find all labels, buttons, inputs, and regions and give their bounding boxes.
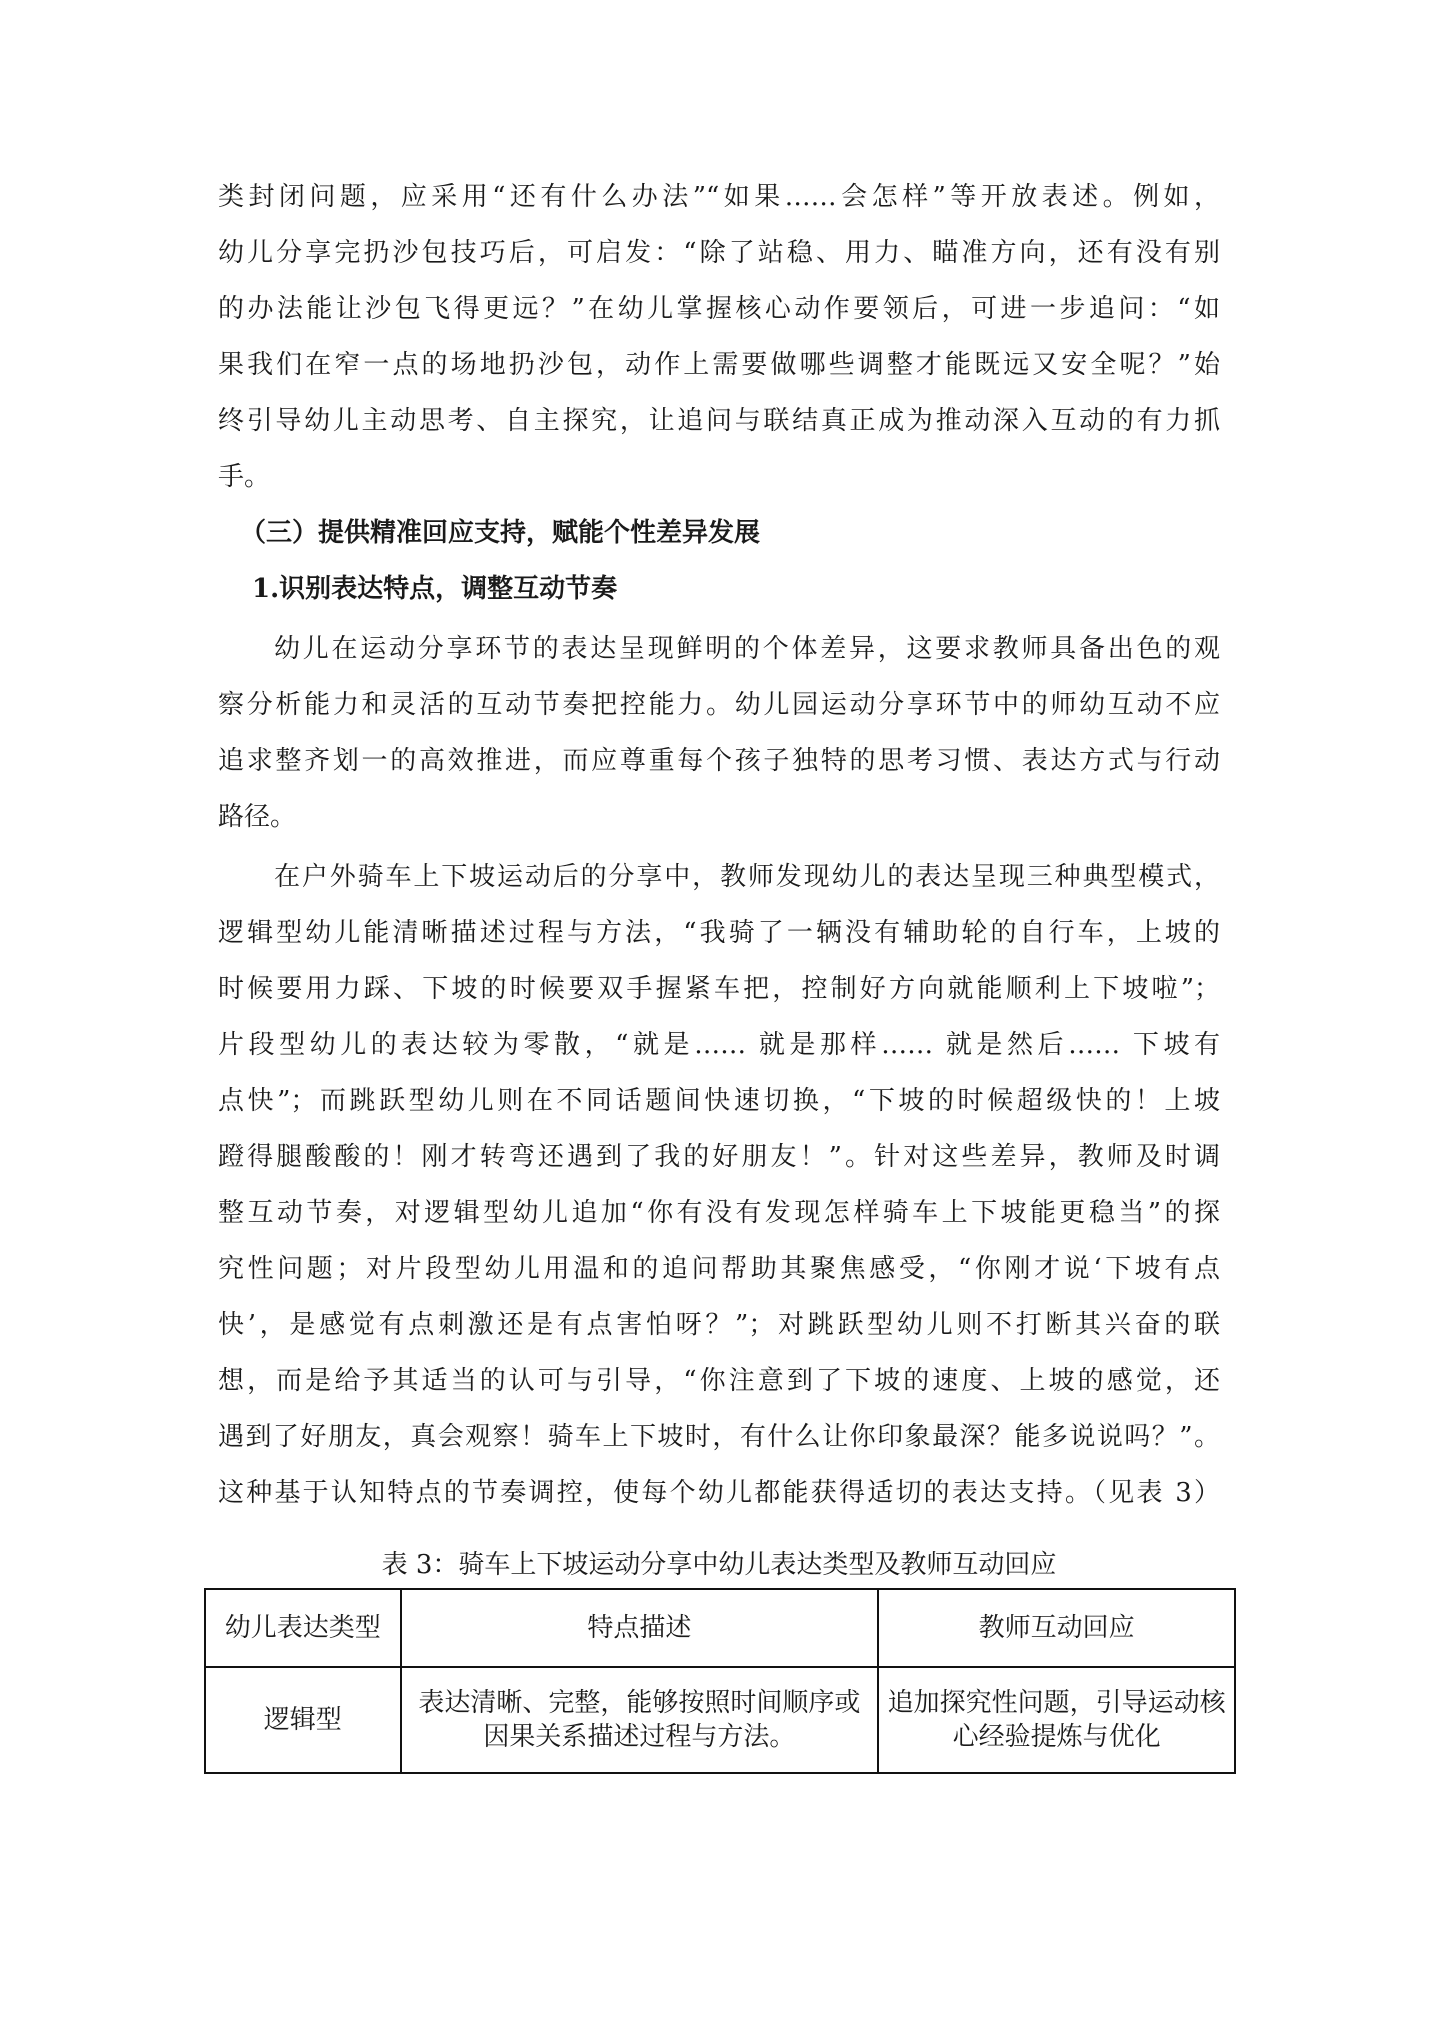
text-line: 幼儿在运动分享环节的表达呈现鲜明的个体差异，这要求教师具备出色的观 xyxy=(274,621,1220,677)
table-caption: 表 3：骑车上下坡运动分享中幼儿表达类型及教师互动回应 xyxy=(0,1545,1438,1585)
text-line: 在户外骑车上下坡运动后的分享中，教师发现幼儿的表达呈现三种典型模式， xyxy=(274,849,1220,905)
table-row: 逻辑型 表达清晰、完整，能够按照时间顺序或因果关系描述过程与方法。 追加探究性问… xyxy=(205,1667,1235,1773)
text-line: 的办法能让沙包飞得更远？”在幼儿掌握核心动作要领后，可进一步追问：“如 xyxy=(218,281,1220,337)
text-line: 整互动节奏，对逻辑型幼儿追加“你有没有发现怎样骑车上下坡能更稳当”的探 xyxy=(218,1185,1220,1241)
text-line: 蹬得腿酸酸的！刚才转弯还遇到了我的好朋友！”。针对这些差异，教师及时调 xyxy=(218,1129,1220,1185)
document-page: 类封闭问题，应采用“还有什么办法”“如果……会怎样”等开放表述。例如， 幼儿分享… xyxy=(0,0,1438,2034)
text-line: 终引导幼儿主动思考、自主探究，让追问与联结真正成为推动深入互动的有力抓 xyxy=(218,393,1220,449)
header-description: 特点描述 xyxy=(401,1589,879,1667)
header-teacher-response: 教师互动回应 xyxy=(878,1589,1235,1667)
text-line: 察分析能力和灵活的互动节奏把控能力。幼儿园运动分享环节中的师幼互动不应 xyxy=(218,677,1220,733)
cell-response: 追加探究性问题，引导运动核心经验提炼与优化 xyxy=(878,1667,1235,1773)
text-line: 追求整齐划一的高效推进，而应尊重每个孩子独特的思考习惯、表达方式与行动 xyxy=(218,733,1220,789)
text-line: 类封闭问题，应采用“还有什么办法”“如果……会怎样”等开放表述。例如， xyxy=(218,169,1220,225)
text-line: 快’，是感觉有点刺激还是有点害怕呀？”；对跳跃型幼儿则不打断其兴奋的联 xyxy=(218,1297,1220,1353)
text-line: 幼儿分享完扔沙包技巧后，可启发：“除了站稳、用力、瞄准方向，还有没有别 xyxy=(218,225,1220,281)
text-line: 究性问题；对片段型幼儿用温和的追问帮助其聚焦感受，“你刚才说‘下坡有点 xyxy=(218,1241,1220,1297)
text-line: 想，而是给予其适当的认可与引导，“你注意到了下坡的速度、上坡的感觉，还 xyxy=(218,1353,1220,1409)
text-line: 点快”；而跳跃型幼儿则在不同话题间快速切换，“下坡的时候超级快的！上坡 xyxy=(218,1073,1220,1129)
text-line: 果我们在窄一点的场地扔沙包，动作上需要做哪些调整才能既远又安全呢？”始 xyxy=(218,337,1220,393)
table-header-row: 幼儿表达类型 特点描述 教师互动回应 xyxy=(205,1589,1235,1667)
expression-type-table: 幼儿表达类型 特点描述 教师互动回应 逻辑型 表达清晰、完整，能够按照时间顺序或… xyxy=(204,1588,1236,1774)
text-line: 逻辑型幼儿能清晰描述过程与方法，“我骑了一辆没有辅助轮的自行车，上坡的 xyxy=(218,905,1220,961)
text-line: 路径。 xyxy=(218,789,1220,845)
text-line: 遇到了好朋友，真会观察！骑车上下坡时，有什么让你印象最深？能多说说吗？”。 xyxy=(218,1409,1220,1465)
header-expression-type: 幼儿表达类型 xyxy=(205,1589,401,1667)
text-line: 这种基于认知特点的节奏调控，使每个幼儿都能获得适切的表达支持。（见表 3） xyxy=(218,1465,1220,1521)
section-heading: （三）提供精准回应支持，赋能个性差异发展 xyxy=(240,505,760,561)
cell-description: 表达清晰、完整，能够按照时间顺序或因果关系描述过程与方法。 xyxy=(401,1667,879,1773)
text-line: 时候要用力踩、下坡的时候要双手握紧车把，控制好方向就能顺利上下坡啦”； xyxy=(218,961,1220,1017)
text-line: 手。 xyxy=(218,449,1220,505)
subsection-heading: 1.识别表达特点，调整互动节奏 xyxy=(252,561,617,617)
cell-type: 逻辑型 xyxy=(205,1667,401,1773)
text-line: 片段型幼儿的表达较为零散，“就是…… 就是那样…… 就是然后…… 下坡有 xyxy=(218,1017,1220,1073)
